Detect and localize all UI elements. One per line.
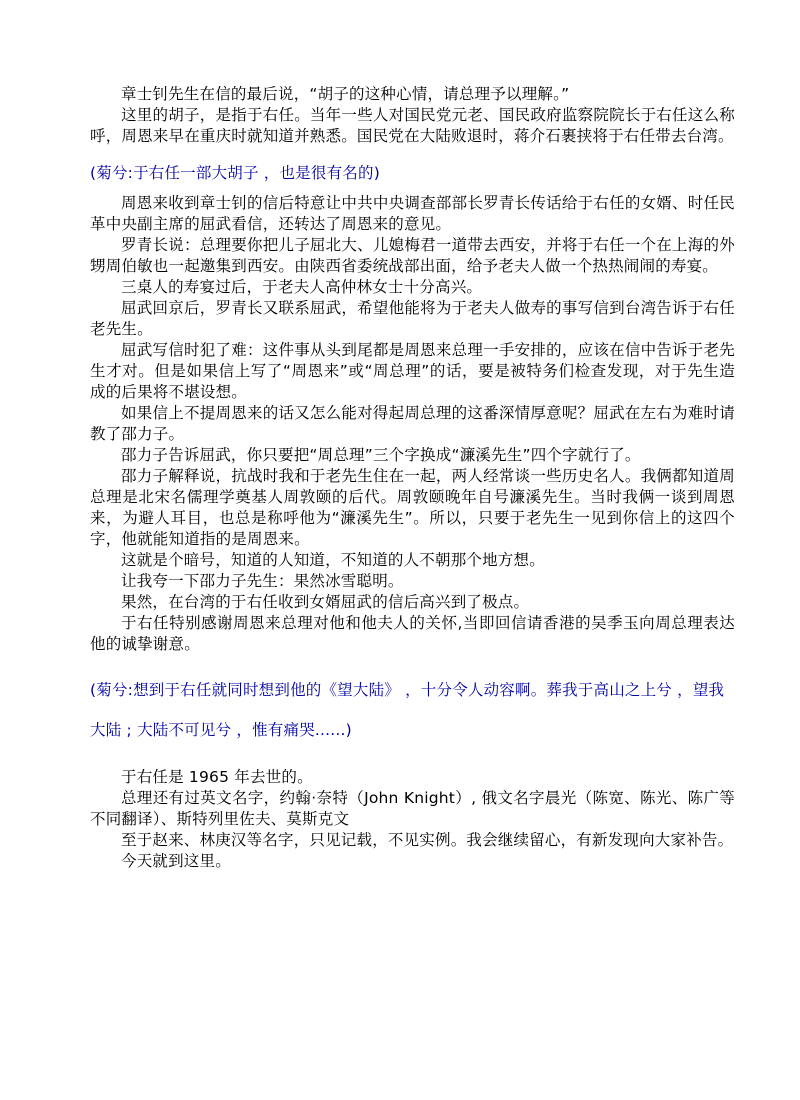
paragraph: 如果信上不提周恩来的话又怎么能对得起周总理的这番深情厚意呢？屈武在左右为难时请教…: [90, 403, 735, 445]
paragraph: 让我夸一下邵力子先生：果然冰雪聪明。: [90, 571, 735, 592]
annotation-note: (菊兮:想到于右任就同时想到他的《望大陆》 ，十分令人动容啊。葬我于高山之上兮 …: [90, 670, 735, 750]
paragraph: 屈武回京后，罗青长又联系屈武，希望他能将为于老夫人做寿的事写信到台湾告诉于右任老…: [90, 298, 735, 340]
paragraph: 周恩来收到章士钊的信后特意让中共中央调查部部长罗青长传话给于右任的女婿、时任民革…: [90, 193, 735, 235]
paragraph: 果然，在台湾的于右任收到女婿屈武的信后高兴到了极点。: [90, 592, 735, 613]
paragraph: 邵力子告诉屈武，你只要把“周总理”三个字换成“濂溪先生”四个字就行了。: [90, 445, 735, 466]
paragraph: 这就是个暗号，知道的人知道，不知道的人不朝那个地方想。: [90, 550, 735, 571]
document-page: 章士钊先生在信的最后说，“胡子的这种心情，请总理予以理解。” 这里的胡子，是指于…: [0, 0, 800, 1100]
paragraph: 三桌人的寿宴过后，于老夫人高仲林女士十分高兴。: [90, 277, 735, 298]
paragraph: 总理还有过英文名字，约翰·奈特（John Knight）, 俄文名字晨光（陈宽、…: [90, 788, 735, 830]
paragraph: 邵力子解释说，抗战时我和于老先生住在一起，两人经常谈一些历史名人。我俩都知道周总…: [90, 466, 735, 550]
paragraph: 今天就到这里。: [90, 851, 735, 872]
paragraph: 于右任是 1965 年去世的。: [90, 767, 735, 788]
annotation-note: (菊兮:于右任一部大胡子 ，也是很有名的): [90, 163, 735, 184]
paragraph: 这里的胡子，是指于右任。当年一些人对国民党元老、国民政府监察院院长于右任这么称呼…: [90, 105, 735, 147]
paragraph: 罗青长说：总理要你把儿子屈北大、儿媳梅君一道带去西安，并将于右任一个在上海的外甥…: [90, 235, 735, 277]
paragraph: 至于赵来、林庚汉等名字，只见记载，不见实例。我会继续留心，有新发现向大家补告。: [90, 830, 735, 851]
paragraph: 屈武写信时犯了难：这件事从头到尾都是周恩来总理一手安排的，应该在信中告诉于老先生…: [90, 340, 735, 403]
paragraph: 于右任特别感谢周恩来总理对他和他夫人的关怀,当即回信请香港的吴季玉向周总理表达他…: [90, 613, 735, 655]
paragraph: 章士钊先生在信的最后说，“胡子的这种心情，请总理予以理解。”: [90, 84, 735, 105]
